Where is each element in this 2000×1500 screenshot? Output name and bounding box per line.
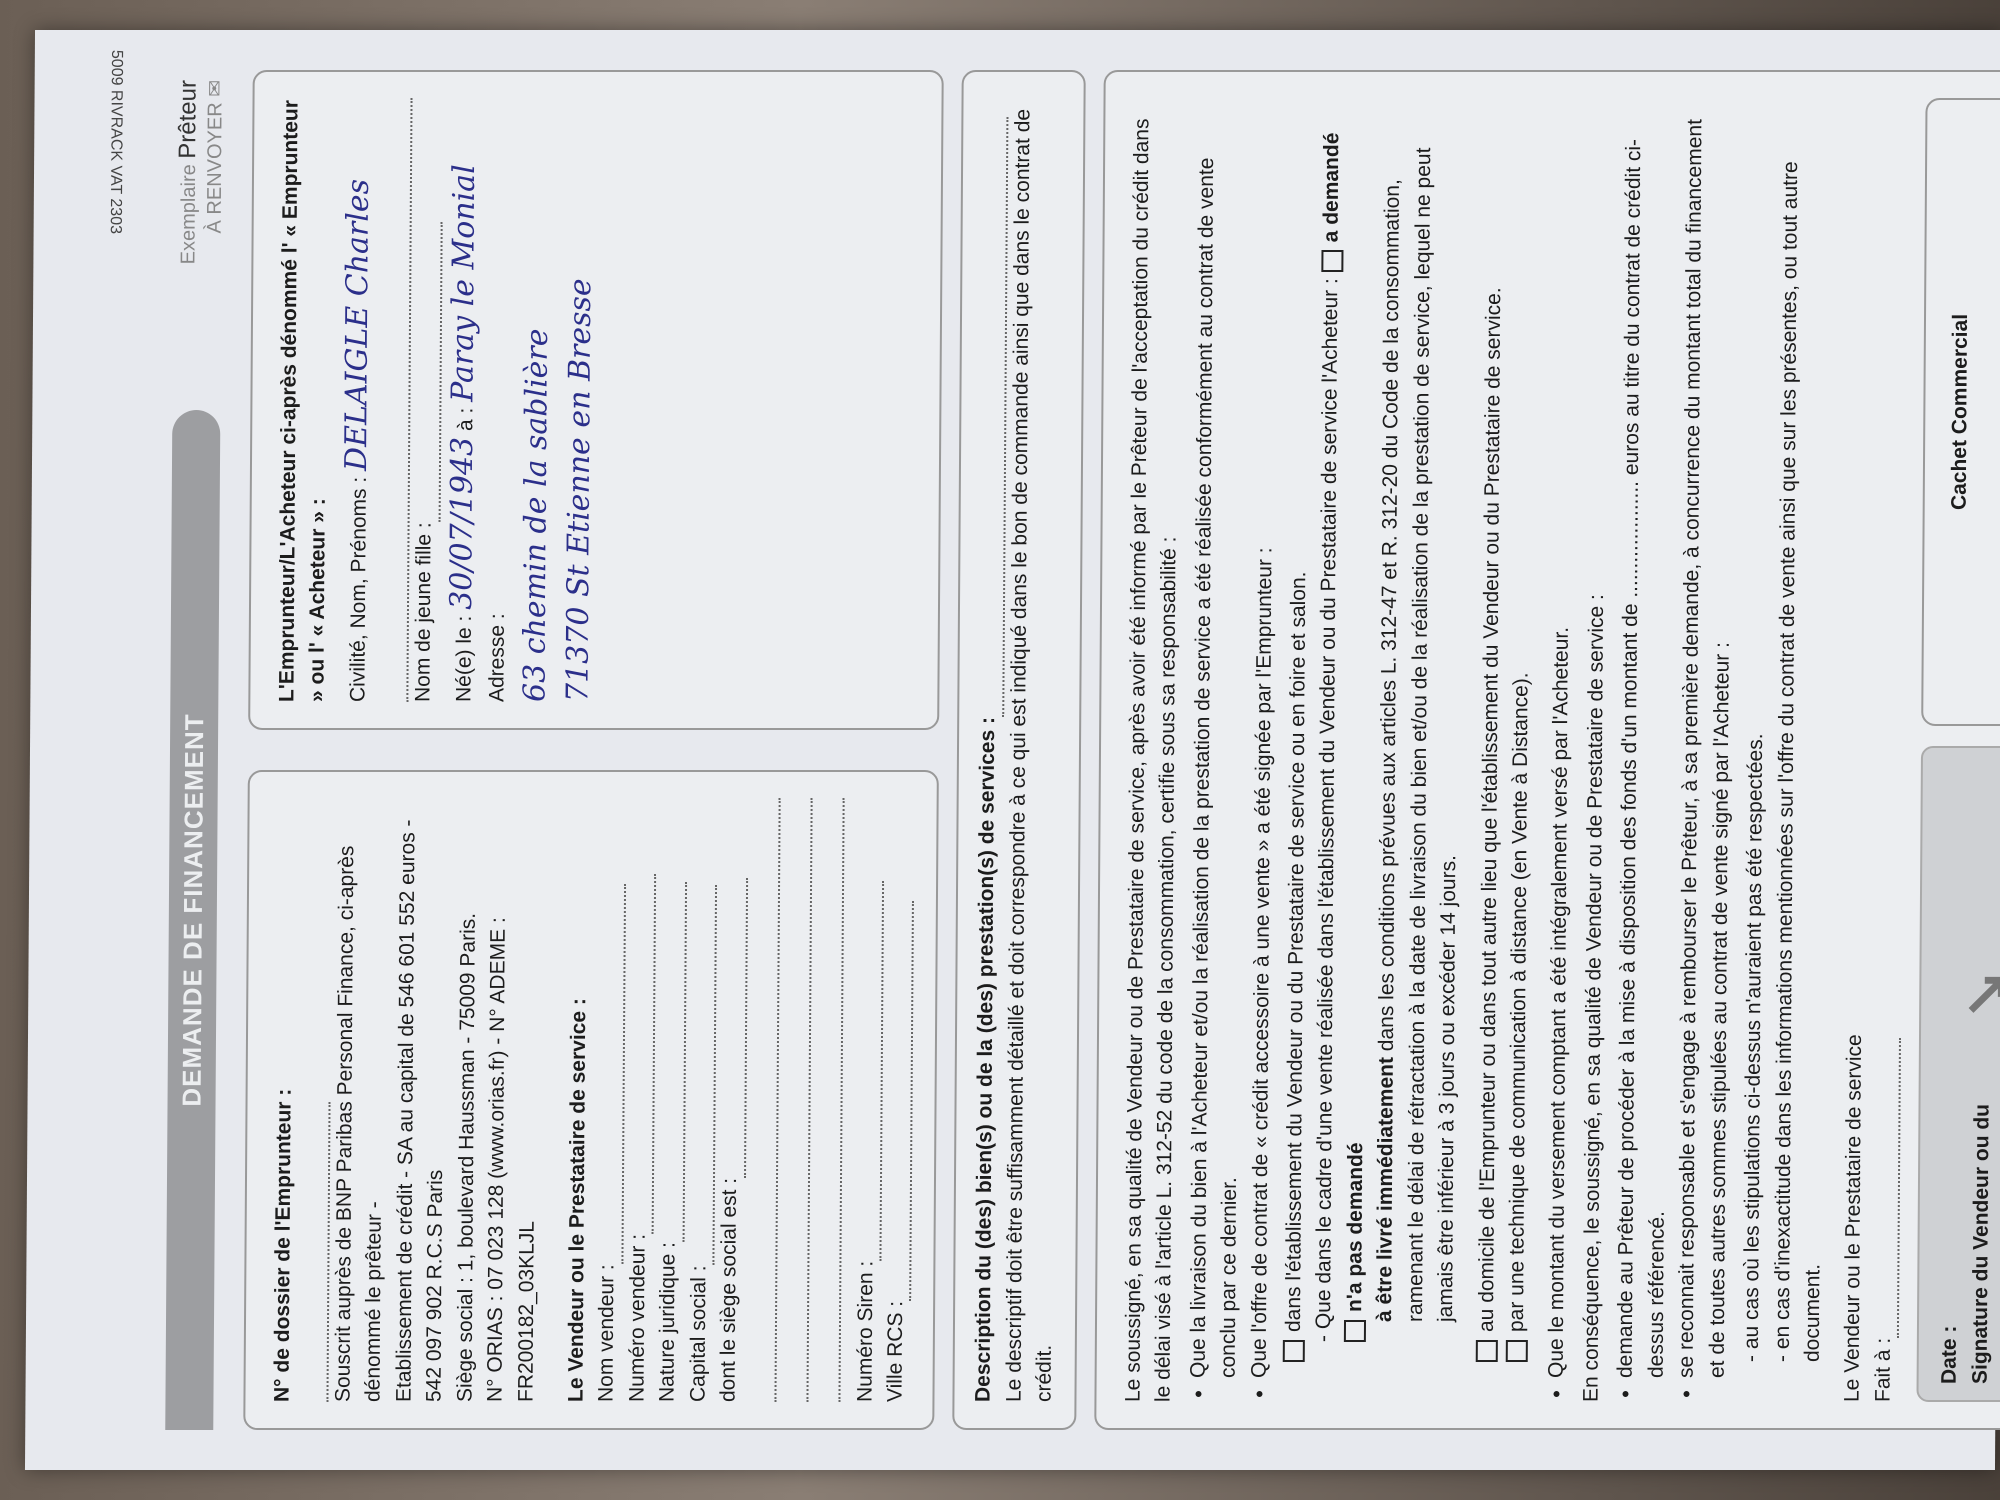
- lender-line: Siège social : 1, boulevard Haussman - 7…: [450, 798, 485, 1402]
- address-line-2[interactable]: 71370 St Etienne en Bresse: [557, 98, 605, 702]
- immediate-label: à être livré immédiatement: [1373, 1057, 1398, 1322]
- field-label: Capital social :: [686, 1265, 710, 1402]
- borrower-box: L'Emprunteur/L'Acheteur ci-après dénommé…: [248, 70, 944, 730]
- maiden-name-field[interactable]: [418, 222, 442, 522]
- checkbox-distance[interactable]: [1506, 1340, 1528, 1362]
- envelope-icon: ✉: [204, 80, 226, 97]
- checkbox-not-requested[interactable]: [1344, 1320, 1366, 1342]
- certification-item: demande au Prêteur de procéder à la mise…: [1611, 98, 1681, 1378]
- certification-box: Le soussigné, en sa qualité de Vendeur o…: [1094, 70, 2000, 1430]
- field-label: Nom de jeune fille :: [412, 522, 436, 702]
- description-box: Description du (des) bien(s) ou de la (d…: [953, 70, 1086, 1430]
- field-label: Fait à :: [1871, 1338, 1894, 1402]
- field-label: Ville RCS :: [883, 1301, 907, 1402]
- signature-label: Signature du Vendeur ou du Prestataire d…: [1965, 1084, 2000, 1384]
- date-label: Date :: [1935, 764, 1970, 1384]
- cachet-label: Cachet Commercial: [1948, 314, 1972, 510]
- field-label: Adresse :: [486, 613, 510, 702]
- field-label: Civilité, Nom, Prénoms :: [346, 477, 371, 702]
- address-line-1[interactable]: 63 chemin de la sablière: [513, 98, 561, 702]
- borrower-title: L'Emprunteur/L'Acheteur ci-après dénommé…: [272, 98, 337, 702]
- lender-line: N° ORIAS : 07 023 128 (www.orias.fr) - N…: [481, 798, 546, 1402]
- certification-intro: Le soussigné, en sa qualité de Vendeur o…: [1118, 98, 1188, 1402]
- vendor-place-field[interactable]: [1877, 1038, 1901, 1338]
- financing-form: 5009 RIVRACK VAT 2303 DEMANDE DE FINANCE…: [85, 30, 1995, 1470]
- field-label: Numéro vendeur :: [625, 1234, 649, 1402]
- blank-line[interactable]: [776, 798, 812, 1402]
- copy-label: Exemplaire: [177, 164, 200, 264]
- form-title: DEMANDE DE FINANCEMENT: [168, 713, 219, 1106]
- vendor-signature-box[interactable]: Date : Signature du Vendeur ou du Presta…: [1917, 746, 2000, 1402]
- siren-field[interactable]: [859, 881, 884, 1261]
- field-label: Nom vendeur :: [595, 1264, 619, 1402]
- paper-sheet: 5009 RIVRACK VAT 2303 DEMANDE DE FINANCE…: [25, 30, 2000, 1470]
- case-text: - en cas d'inexactitude dans les informa…: [1767, 98, 1837, 1402]
- rcs-field[interactable]: [890, 901, 915, 1301]
- field-label: à :: [454, 408, 477, 431]
- description-note: Le descriptif doit être suffisamment dét…: [999, 98, 1069, 1402]
- field-label: Nature juridique :: [656, 1242, 680, 1402]
- sub-option-label: - Que dans le cadre d'une vente réalisée…: [1312, 278, 1342, 1342]
- consequence-text: En conséquence, le soussigné, en sa qual…: [1576, 98, 1616, 1402]
- print-code: 5009 RIVRACK VAT 2303: [104, 50, 128, 234]
- field-label: Numéro Siren :: [853, 1261, 877, 1402]
- certification-item: Que le montant du versement comptant a é…: [1542, 98, 1581, 1378]
- option-label: au domicile de l'Emprunteur ou dans tout…: [1474, 287, 1504, 1332]
- copy-indicator: Exemplaire Prêteur À RENVOYER ✉: [173, 80, 227, 264]
- checkbox-requested[interactable]: [1321, 250, 1343, 272]
- not-requested-label: n'a pas demandé: [1343, 1142, 1367, 1312]
- checkbox-home[interactable]: [1476, 1340, 1498, 1362]
- vendor-number-field[interactable]: [632, 874, 657, 1234]
- vendor-title: Le Vendeur ou le Prestataire de service …: [561, 798, 596, 1402]
- dossier-label: N° de dossier de l'Emprunteur :: [270, 1089, 295, 1402]
- vendor-name-field[interactable]: [601, 884, 626, 1264]
- field-label: Né(e) le :: [452, 616, 476, 702]
- dossier-field[interactable]: [306, 1102, 330, 1402]
- head-office-field[interactable]: [724, 878, 748, 1178]
- certification-item: Que la livraison du bien à l'Acheteur et…: [1183, 98, 1253, 1378]
- requested-label: a demandé: [1320, 133, 1344, 243]
- lender-line: Souscrit auprès de BNP Paribas Personal …: [328, 798, 393, 1402]
- option-label: dans l'établissement du Vendeur ou du Pr…: [1282, 572, 1310, 1332]
- blank-line[interactable]: [808, 798, 844, 1402]
- return-label: À RENVOYER: [203, 102, 226, 233]
- share-capital-field[interactable]: [693, 885, 718, 1265]
- arrow-icon: ↘: [1983, 768, 2000, 818]
- field-label: dont le siège social est :: [717, 1178, 742, 1402]
- certification-item: se reconnait responsable et s'engage à r…: [1672, 98, 1742, 1378]
- blank-line[interactable]: [377, 98, 413, 702]
- birth-place-field[interactable]: Paray le Monial: [445, 164, 482, 402]
- option-label: par une technique de communication à dis…: [1505, 672, 1533, 1332]
- form-title-banner: DEMANDE DE FINANCEMENT: [165, 410, 220, 1430]
- checkbox-in-store[interactable]: [1283, 1340, 1305, 1362]
- commercial-stamp-box[interactable]: Cachet Commercial: [1921, 98, 2000, 726]
- legal-nature-field[interactable]: [662, 882, 687, 1242]
- civility-field[interactable]: DELAIGLE Charles: [339, 179, 376, 471]
- birth-date-field[interactable]: 30/07/1943: [444, 437, 480, 610]
- copy-target: Prêteur: [174, 80, 202, 159]
- blank-line[interactable]: [744, 798, 780, 1402]
- description-title: Description du (des) bien(s) ou de la (d…: [972, 717, 1000, 1402]
- lender-vendor-box: N° de dossier de l'Emprunteur : Souscrit…: [243, 770, 939, 1430]
- arrow-icon: ↘: [1941, 970, 2000, 1020]
- lender-line: Etablissement de crédit - SA au capital …: [389, 798, 454, 1402]
